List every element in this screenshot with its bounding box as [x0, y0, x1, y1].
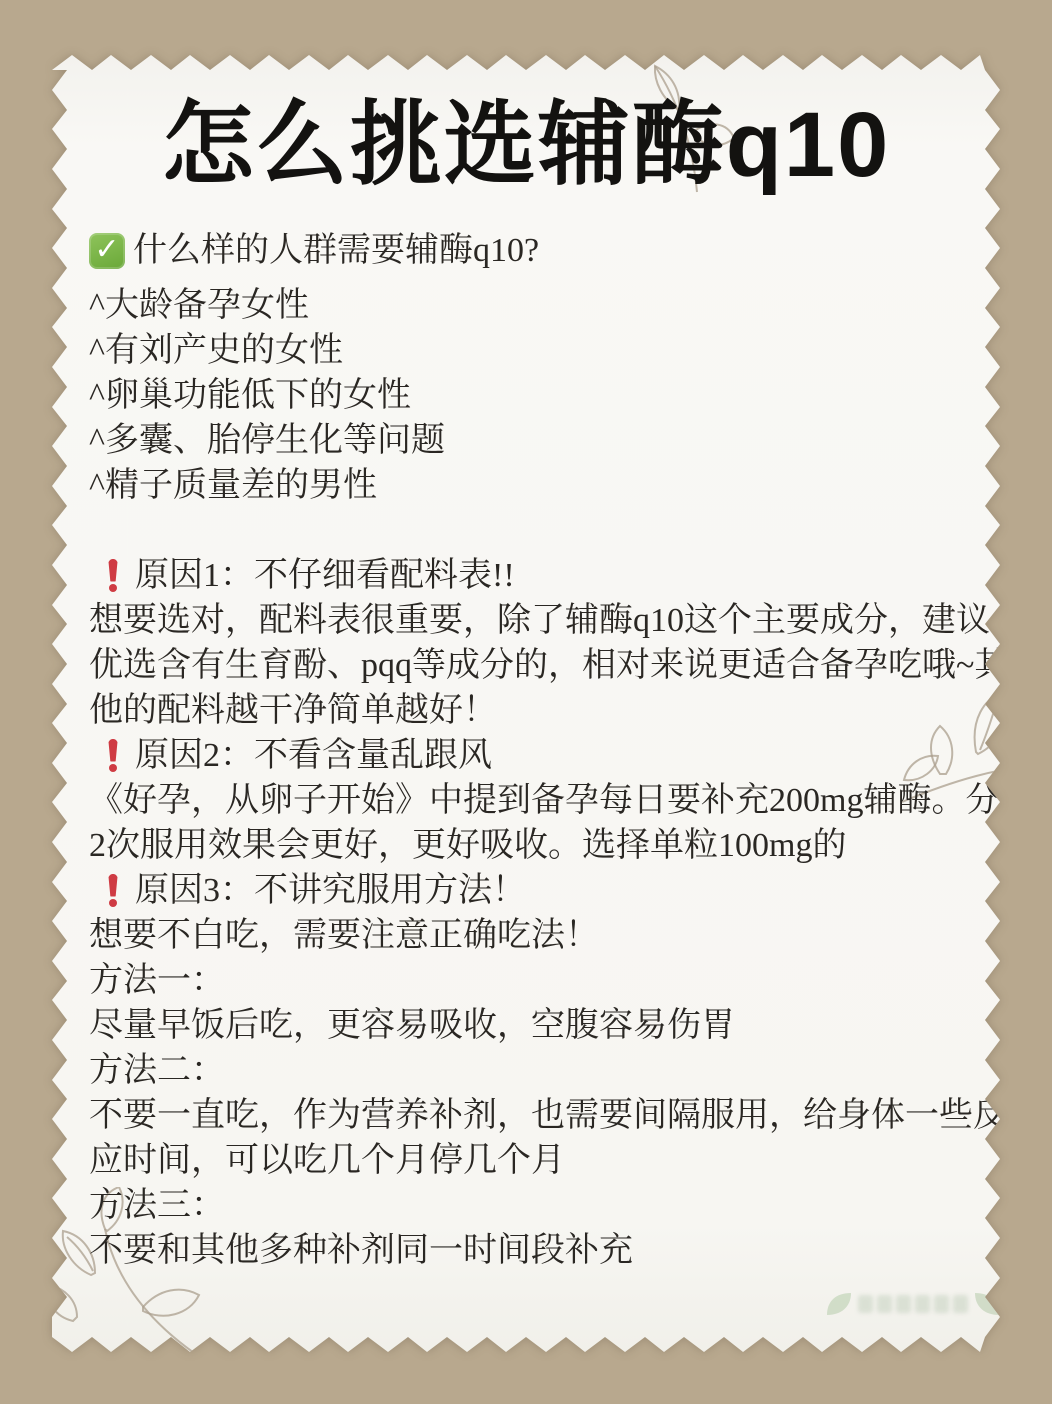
text-line: 想要选对，配料表很重要，除了辅酶q10这个主要成分，建议: [89, 598, 1052, 643]
watermark-glyph: [934, 1295, 949, 1313]
check-icon: ✓: [89, 233, 125, 269]
text-line: 原因2：不看含量乱跟风: [89, 733, 1052, 778]
text-line: 原因3：不讲究服用方法！: [89, 868, 1052, 913]
leaf-icon: [825, 1291, 853, 1317]
text-line: ^多囊、胎停生化等问题: [89, 418, 1052, 463]
watermark: [822, 1291, 1004, 1317]
text-line: 他的配料越干净简单越好！: [89, 688, 1052, 733]
text-line: 不要一直吃，作为营养补剂，也需要间隔服用，给身体一些反: [89, 1093, 1052, 1138]
text-line: 应时间，可以吃几个月停几个月: [89, 1138, 1052, 1183]
text-line: 《好孕，从卵子开始》中提到备孕每日要补充200mg辅酶。分开: [89, 778, 1052, 823]
exclamation-icon: [103, 557, 123, 595]
poster-body: ✓ 什么样的人群需要辅酶q10? ^大龄备孕女性 ^有刘产史的女性 ^卵巢功能低…: [89, 228, 1052, 1273]
text-line: ^精子质量差的男性: [89, 463, 1052, 508]
text-line: ✓ 什么样的人群需要辅酶q10?: [89, 228, 1052, 273]
text-line: 2次服用效果会更好，更好吸收。选择单粒100mg的: [89, 823, 1052, 868]
text-line: 原因1：不仔细看配料表!!: [89, 553, 1052, 598]
paper-card: 怎么挑选辅酶q10 ✓ 什么样的人群需要辅酶q10? ^大龄备孕女性 ^有刘产史…: [52, 55, 1000, 1352]
text-line: 尽量早饭后吃，更容易吸收，空腹容易伤胃: [89, 1003, 1052, 1048]
watermark-glyph: [877, 1295, 892, 1313]
paper-card-wrapper: 怎么挑选辅酶q10 ✓ 什么样的人群需要辅酶q10? ^大龄备孕女性 ^有刘产史…: [52, 55, 1000, 1352]
watermark-glyph: [896, 1295, 911, 1313]
watermark-glyph: [915, 1295, 930, 1313]
text-line: 不要和其他多种补剂同一时间段补充: [89, 1228, 1052, 1273]
exclamation-icon: [103, 737, 123, 775]
poster-background: { "poster": { "title": "怎么挑选辅酶q10", "col…: [0, 0, 1052, 1404]
text-line: [89, 508, 1052, 553]
text-line: 方法二：: [89, 1048, 1052, 1093]
leaf-icon: [973, 1291, 1001, 1317]
check-glyph: ✓: [94, 235, 119, 265]
text-line: 方法一：: [89, 958, 1052, 1003]
text-line: 优选含有生育酚、pqq等成分的，相对来说更适合备孕吃哦~其: [89, 643, 1052, 688]
text-line: ^有刘产史的女性: [89, 328, 1052, 373]
text-line: ^大龄备孕女性: [89, 283, 1052, 328]
exclamation-icon: [103, 872, 123, 910]
text-line: 方法三：: [89, 1183, 1052, 1228]
watermark-glyph: [858, 1295, 873, 1313]
text-line: ^卵巢功能低下的女性: [89, 373, 1052, 418]
text-line: 想要不白吃，需要注意正确吃法！: [89, 913, 1052, 958]
page-title: 怎么挑选辅酶q10: [52, 93, 1000, 199]
watermark-glyph: [953, 1295, 968, 1313]
